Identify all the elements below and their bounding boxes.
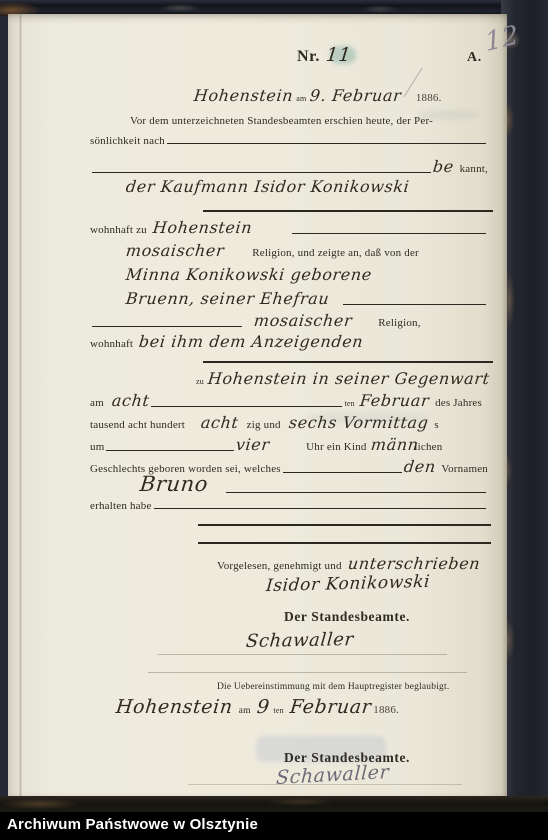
religion1-line: mosaischer Religion, und zeigte an, daß … bbox=[126, 241, 419, 260]
des-jahres-printed: des Jahres bbox=[435, 397, 482, 409]
gender-handwritten: männ bbox=[370, 435, 420, 454]
cert-place-handwritten: Hohenstein bbox=[115, 696, 234, 718]
dateline-date-handwritten: 9. Februar bbox=[309, 86, 402, 105]
certification-line: Die Uebereinstimmung mit dem Hauptregist… bbox=[217, 682, 449, 692]
blank-line bbox=[92, 326, 242, 327]
mother-maiden-handwritten: Bruenn, seiner Ehefrau bbox=[125, 289, 330, 308]
page-gutter-crease bbox=[19, 14, 22, 796]
dateline-year-printed: 1886. bbox=[416, 92, 442, 104]
cert-month-handwritten: Februar bbox=[289, 696, 373, 718]
residence-handwritten: Hohenstein bbox=[152, 218, 253, 237]
dateline: Hohenstein am 9. Februar 1886. bbox=[194, 86, 442, 105]
closing-handwritten: unterschrieben bbox=[347, 554, 481, 573]
cert-year-printed: 1886. bbox=[373, 704, 399, 716]
blank-line bbox=[151, 406, 342, 407]
erhalten-habe-printed: erhalten habe bbox=[90, 500, 152, 512]
wohnhaft-printed: wohnhaft bbox=[90, 338, 133, 350]
record-number-value: 11 bbox=[325, 44, 353, 66]
daytime-handwritten: sechs Vormittag bbox=[288, 413, 430, 432]
section-rule bbox=[198, 524, 491, 526]
religion2-handwritten: mosaischer bbox=[253, 311, 353, 330]
book-cover-edge bbox=[501, 0, 548, 818]
residence-line: wohnhaft zu Hohenstein bbox=[90, 218, 488, 237]
book-bottom-edge bbox=[0, 796, 548, 812]
birth-year-line: tausend acht hundert acht zig und sechs … bbox=[90, 413, 439, 432]
birth-date-line: am acht ten Februar des Jahres bbox=[90, 391, 482, 410]
residence2-line: wohnhaft bei ihm dem Anzeigenden bbox=[90, 332, 363, 351]
decade-handwritten: acht bbox=[200, 413, 240, 432]
child-name-line: Bruno bbox=[140, 472, 488, 496]
religion1-handwritten: mosaischer bbox=[125, 241, 225, 260]
birth-month-handwritten: Februar bbox=[359, 391, 430, 410]
am-printed: am bbox=[90, 397, 104, 409]
hour-handwritten: vier bbox=[235, 435, 271, 454]
corner-letter: A. bbox=[467, 50, 482, 66]
ten-printed: ten bbox=[344, 399, 354, 408]
section-rule bbox=[198, 542, 491, 544]
form-intro-line1: Vor dem unterzeichneten Standesbeamten e… bbox=[130, 115, 433, 127]
register-page: Nr. 11 A. 12 Hohenstein am 9. Februar 18… bbox=[8, 14, 507, 796]
record-number-label: Nr. bbox=[297, 48, 320, 66]
blank-line bbox=[167, 143, 486, 144]
cert-am-printed: am bbox=[239, 706, 251, 716]
blank-line bbox=[343, 304, 486, 305]
birth-day-handwritten: acht bbox=[111, 391, 151, 410]
blank-line bbox=[154, 508, 486, 509]
section-rule bbox=[203, 210, 493, 212]
year-printed: tausend acht hundert bbox=[90, 419, 185, 431]
mother-line2: Bruenn, seiner Ehefrau bbox=[126, 289, 488, 308]
religion2-line: mosaischer Religion, bbox=[90, 311, 488, 330]
closing-line: Vorgelesen, genehmigt und unterschrieben bbox=[217, 554, 480, 573]
archive-caption-bar: Archiwum Państwowe w Olsztynie bbox=[0, 812, 548, 840]
declarant-handwritten: der Kaufmann Isidor Konikowski bbox=[125, 177, 410, 196]
declarant-line: der Kaufmann Isidor Konikowski bbox=[126, 177, 409, 196]
dateline-place-handwritten: Hohenstein bbox=[193, 86, 294, 105]
mother-name-handwritten: Minna Konikowski geborene bbox=[125, 265, 373, 284]
known-printed: kannt, bbox=[460, 163, 488, 175]
religion2-printed: Religion, bbox=[378, 317, 420, 329]
mother-line1: Minna Konikowski geborene bbox=[126, 265, 372, 284]
cert-day-handwritten: 9 bbox=[256, 696, 271, 718]
residence2-handwritten: bei ihm dem Anzeigenden bbox=[138, 332, 364, 351]
blank-line bbox=[92, 172, 431, 173]
child-name-handwritten: Bruno bbox=[139, 472, 210, 496]
ruled-line bbox=[188, 784, 462, 785]
form-intro-line2: sönlichkeit nach bbox=[90, 135, 488, 147]
archive-name: Archiwum Państwowe w Olsztynie bbox=[0, 812, 548, 833]
dateline-am-printed: am bbox=[296, 94, 306, 103]
birthplace-handwritten: Hohenstein in seiner Gegenwart bbox=[207, 369, 491, 388]
blank-line bbox=[226, 492, 486, 493]
birthplace-line: zu Hohenstein in seiner Gegenwart bbox=[196, 369, 490, 388]
ruled-line bbox=[148, 672, 467, 673]
um-printed: um bbox=[90, 441, 104, 453]
uhr-kind-printed: Uhr ein Kind bbox=[306, 441, 366, 453]
form-known-line: be kannt, bbox=[90, 157, 488, 176]
registrar-signature: Schawaller bbox=[246, 629, 354, 652]
registrar-heading: Der Standesbeamte. bbox=[262, 609, 432, 625]
wohnhaft-zu-printed: wohnhaft zu bbox=[90, 224, 147, 236]
s-printed: s bbox=[434, 419, 438, 431]
archival-scan: Nr. 11 A. 12 Hohenstein am 9. Februar 18… bbox=[0, 0, 548, 840]
record-number: Nr. 11 bbox=[297, 44, 351, 66]
cert-ten-printed: ten bbox=[273, 706, 283, 715]
zig-und-printed: zig und bbox=[247, 419, 281, 431]
section-rule bbox=[203, 361, 493, 363]
declarant-signature: Isidor Konikowski bbox=[266, 572, 431, 596]
known-handwritten: be bbox=[432, 157, 455, 176]
certification-dateline: Hohenstein am 9 ten Februar 1886. bbox=[116, 696, 399, 718]
blank-line bbox=[292, 233, 486, 234]
religion1-printed: Religion, und zeigte an, daß von der bbox=[252, 247, 419, 259]
zu-printed: zu bbox=[196, 377, 204, 386]
birth-time-line: um vier Uhr ein Kind männ lichen bbox=[90, 435, 488, 454]
blank-line bbox=[106, 450, 234, 451]
closing-printed: Vorgelesen, genehmigt und bbox=[217, 560, 342, 572]
erhalten-line: erhalten habe bbox=[90, 500, 488, 512]
ruled-line bbox=[158, 654, 447, 655]
